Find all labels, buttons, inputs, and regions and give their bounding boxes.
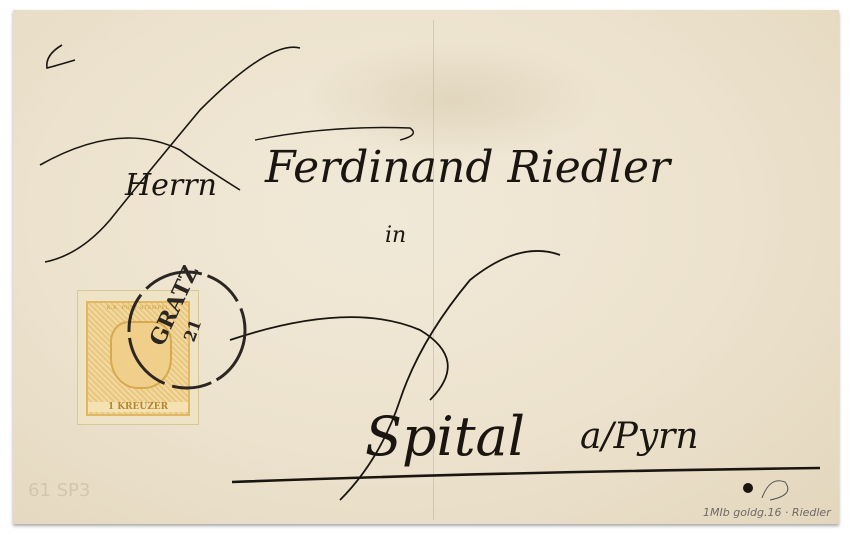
address-underline <box>232 468 820 482</box>
addressee-name: Ferdinand Riedler <box>264 142 673 193</box>
postmark-date: 21 <box>180 317 205 344</box>
ink-blot <box>743 483 753 493</box>
destination-suffix: a/Pyrn <box>580 416 699 457</box>
name-flourish <box>255 128 413 141</box>
destination: Spital <box>365 405 525 468</box>
postmark: GRATZ 21 <box>122 265 252 395</box>
addressee-prefix: Herrn <box>124 168 217 203</box>
pencil-annotation: 1MIb goldg.16 · Riedler <box>703 506 831 519</box>
herrn-flourish <box>40 47 300 262</box>
corner-mark <box>47 45 75 68</box>
faint-pencil-annotation: 61 SP3 <box>28 480 90 501</box>
pencil-mark <box>762 481 788 500</box>
preposition: in <box>385 223 406 248</box>
stamp-value: 1 KREUZER <box>88 402 188 412</box>
